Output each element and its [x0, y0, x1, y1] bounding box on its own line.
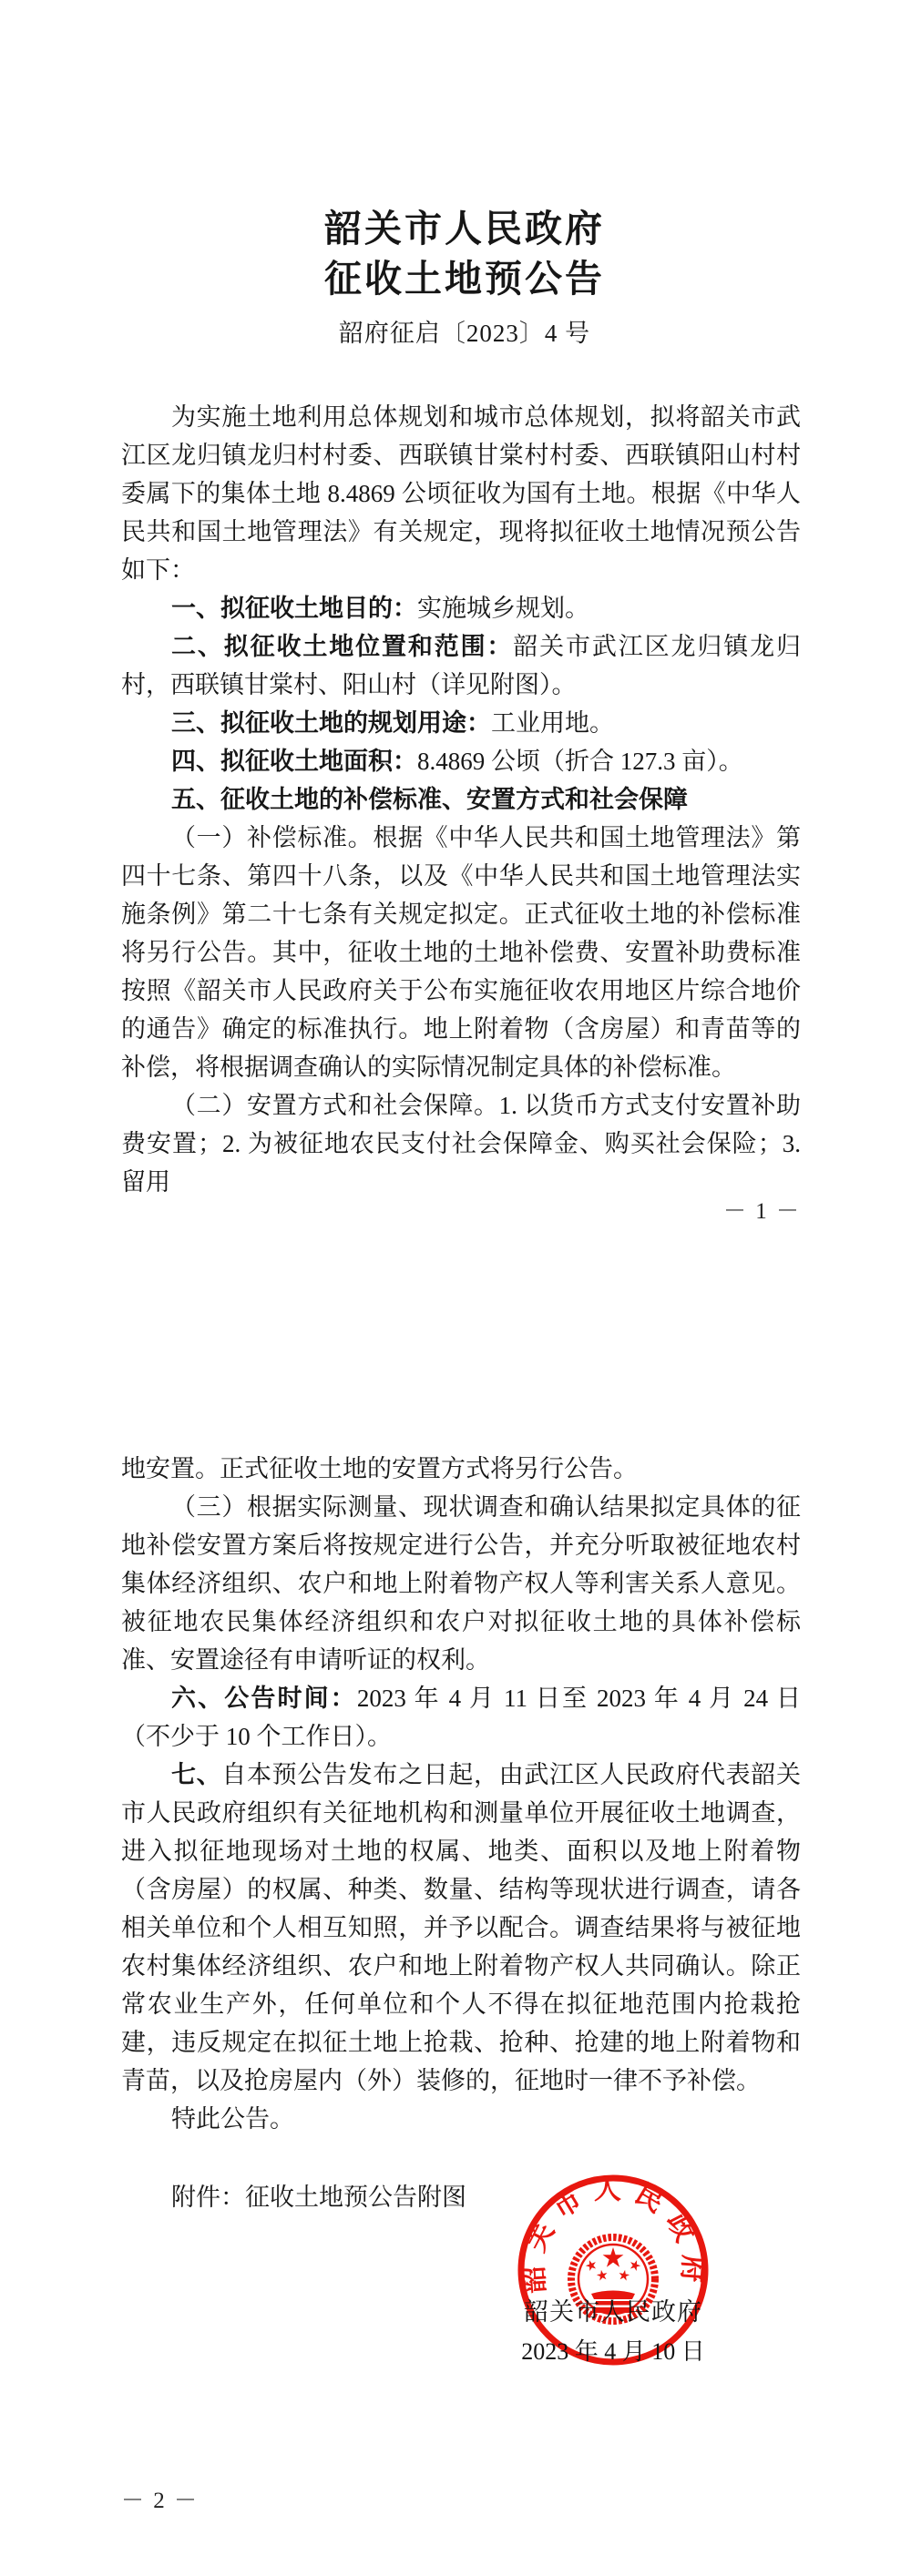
- para-resettlement: （二）安置方式和社会保障。1. 以货币方式支付安置补助费安置；2. 为被征地农民…: [121, 1086, 801, 1201]
- official-notice-document: 韶关市人民政府 征收土地预公告 韶府征启〔2023〕4 号 为实施土地利用总体规…: [0, 0, 911, 2576]
- para-closing-text: 特此公告。: [171, 2105, 294, 2133]
- title-line-1: 韶关市人民政府: [9, 204, 911, 254]
- document-title: 韶关市人民政府 征收土地预公告: [9, 204, 911, 304]
- page1-number: － 1 －: [121, 1193, 801, 1226]
- section-3-use: 三、拟征收土地的规划用途：工业用地。: [121, 704, 801, 742]
- section-4-area: 四、拟征收土地面积：8.4869 公顷（折合 127.3 亩）。: [121, 742, 801, 780]
- section-3-heading: 三、拟征收土地的规划用途：: [171, 709, 491, 737]
- para-resettlement-text: （二）安置方式和社会保障。1. 以货币方式支付安置补助费安置；2. 为被征地农民…: [121, 1092, 801, 1196]
- para-compensation-standard: （一）补偿标准。根据《中华人民共和国土地管理法》第四十七条、第四十八条，以及《中…: [121, 819, 801, 1086]
- section-7-text: 自本预公告发布之日起，由武江区人民政府代表韶关市人民政府组织有关征地机构和测量单…: [121, 1761, 801, 2094]
- signature-authority: 韶关市人民政府: [476, 2292, 750, 2327]
- section-1-text: 实施城乡规划。: [417, 595, 589, 622]
- signature-date: 2023 年 4 月 10 日: [476, 2333, 750, 2367]
- section-6-announcement-period: 六、公告时间：2023 年 4 月 11 日至 2023 年 4 月 24 日（…: [121, 1679, 801, 1756]
- section-7-investigation: 七、自本预公告发布之日起，由武江区人民政府代表韶关市人民政府组织有关征地机构和测…: [121, 1756, 801, 2100]
- section-2-heading: 二、拟征收土地位置和范围：: [171, 633, 513, 660]
- section-5-compensation-heading: 五、征收土地的补偿标准、安置方式和社会保障: [121, 780, 801, 819]
- para-resettlement-continued-text: 地安置。正式征收土地的安置方式将另行公告。: [121, 1455, 638, 1482]
- page1-body: 为实施土地利用总体规划和城市总体规划，拟将韶关市武江区龙归镇龙归村村委、西联镇甘…: [121, 398, 801, 1201]
- seal-curved-text: 韶关市人民政府: [518, 2175, 708, 2295]
- section-1-purpose: 一、拟征收土地目的：实施城乡规划。: [121, 589, 801, 627]
- para-closing: 特此公告。: [121, 2100, 801, 2138]
- para-survey-plan: （三）根据实际测量、现状调查和确认结果拟定具体的征地补偿安置方案后将按规定进行公…: [121, 1488, 801, 1679]
- document-number: 韶府征启〔2023〕4 号: [9, 313, 911, 349]
- section-4-text: 8.4869 公顷（折合 127.3 亩）。: [417, 748, 743, 775]
- section-7-heading: 七、: [171, 1761, 221, 1788]
- section-4-heading: 四、拟征收土地面积：: [171, 748, 417, 775]
- para-intro: 为实施土地利用总体规划和城市总体规划，拟将韶关市武江区龙归镇龙归村村委、西联镇甘…: [121, 398, 801, 589]
- page2-number: － 2 －: [121, 2482, 199, 2515]
- page2-body: 地安置。正式征收土地的安置方式将另行公告。 （三）根据实际测量、现状调查和确认结…: [121, 1450, 801, 2138]
- section-1-heading: 一、拟征收土地目的：: [171, 595, 417, 622]
- title-line-2: 征收土地预公告: [9, 254, 911, 304]
- section-3-text: 工业用地。: [491, 709, 614, 737]
- para-compensation-standard-text: （一）补偿标准。根据《中华人民共和国土地管理法》第四十七条、第四十八条，以及《中…: [121, 824, 801, 1081]
- section-2-location: 二、拟征收土地位置和范围：韶关市武江区龙归镇龙归村，西联镇甘棠村、阳山村（详见附…: [121, 627, 801, 704]
- section-6-heading: 六、公告时间：: [171, 1685, 357, 1712]
- para-resettlement-continued: 地安置。正式征收土地的安置方式将另行公告。: [121, 1450, 801, 1488]
- para-survey-plan-text: （三）根据实际测量、现状调查和确认结果拟定具体的征地补偿安置方案后将按规定进行公…: [121, 1493, 801, 1674]
- section-5-heading: 五、征收土地的补偿标准、安置方式和社会保障: [171, 786, 688, 813]
- para-intro-text: 为实施土地利用总体规划和城市总体规划，拟将韶关市武江区龙归镇龙归村村委、西联镇甘…: [121, 403, 801, 584]
